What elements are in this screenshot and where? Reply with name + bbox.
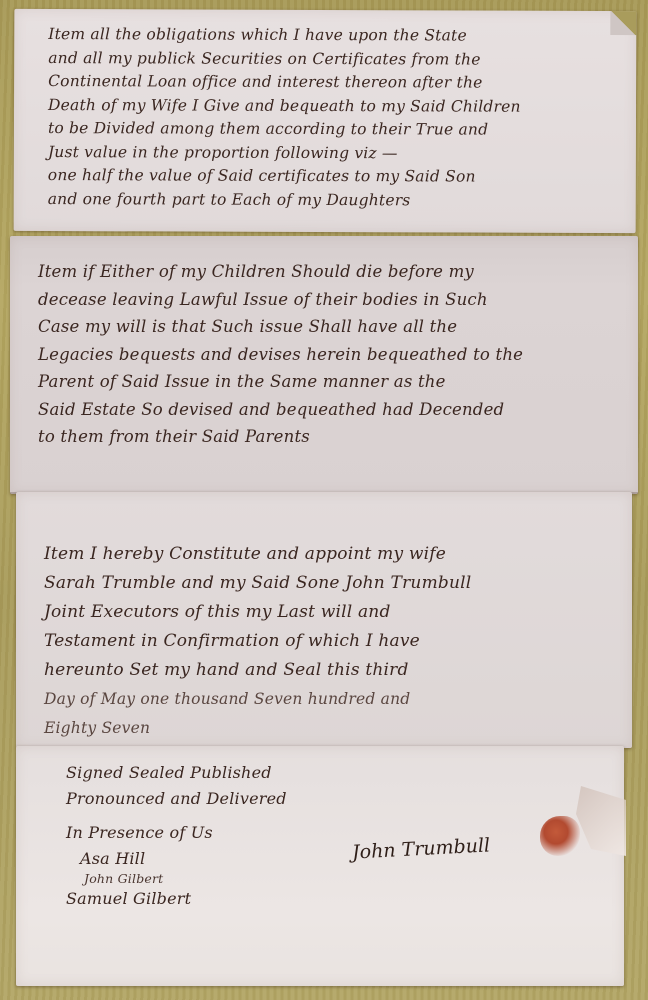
text-line: decease leaving Lawful Issue of their bo…	[38, 286, 523, 314]
text-line: Item if Either of my Children Should die…	[38, 258, 523, 286]
text-line: and all my publick Securities on Certifi…	[48, 47, 521, 72]
text-line: Joint Executors of this my Last will and	[44, 598, 471, 627]
torn-paper-area	[576, 786, 626, 856]
text-line: Day of May one thousand Seven hundred an…	[44, 685, 471, 714]
text-line: Legacies bequests and devises herein beq…	[38, 341, 523, 369]
witness-name: Asa Hill	[66, 846, 287, 872]
testator-signature: John Trumbull	[352, 834, 491, 863]
text-line: Sarah Trumble and my Said Sone John Trum…	[44, 569, 471, 598]
text-line: Death of my Wife I Give and bequeath to …	[48, 94, 521, 119]
attestation-line: Pronounced and Delivered	[66, 786, 287, 812]
attestation-line: Signed Sealed Published	[66, 760, 287, 786]
document-panel-1: Item all the obligations which I have up…	[14, 9, 637, 233]
folded-corner	[610, 11, 636, 35]
text-line: one half the value of Said certificates …	[48, 164, 521, 189]
text-line: hereunto Set my hand and Seal this third	[44, 656, 471, 685]
witness-name: Samuel Gilbert	[66, 886, 287, 912]
text-line: Said Estate So devised and bequeathed ha…	[38, 396, 523, 424]
text-line: to them from their Said Parents	[38, 423, 523, 451]
text-line: Just value in the proportion following v…	[48, 141, 521, 166]
text-line: and one fourth part to Each of my Daught…	[48, 188, 521, 213]
text-line: Case my will is that Such issue Shall ha…	[38, 313, 523, 341]
text-line: Testament in Confirmation of which I hav…	[44, 627, 471, 656]
attestation-block: Signed Sealed Published Pronounced and D…	[66, 760, 287, 912]
text-line: Parent of Said Issue in the Same manner …	[38, 368, 523, 396]
will-clause-issue: Item if Either of my Children Should die…	[38, 258, 523, 451]
document-panel-4: Signed Sealed Published Pronounced and D…	[16, 746, 624, 986]
text-line: to be Divided among them according to th…	[48, 117, 521, 142]
text-line: Item I hereby Constitute and appoint my …	[44, 540, 471, 569]
text-line: Item all the obligations which I have up…	[48, 23, 521, 48]
document-panel-2: Item if Either of my Children Should die…	[10, 236, 638, 494]
will-clause-obligations: Item all the obligations which I have up…	[48, 23, 521, 213]
witness-name: John Gilbert	[66, 872, 287, 886]
document-panel-3: Item I hereby Constitute and appoint my …	[16, 492, 632, 748]
text-line: Continental Loan office and interest the…	[48, 70, 521, 95]
text-line: Eighty Seven	[44, 714, 471, 743]
will-clause-executors: Item I hereby Constitute and appoint my …	[44, 540, 471, 743]
wax-seal-icon	[540, 816, 580, 856]
presence-line: In Presence of Us	[66, 820, 287, 846]
